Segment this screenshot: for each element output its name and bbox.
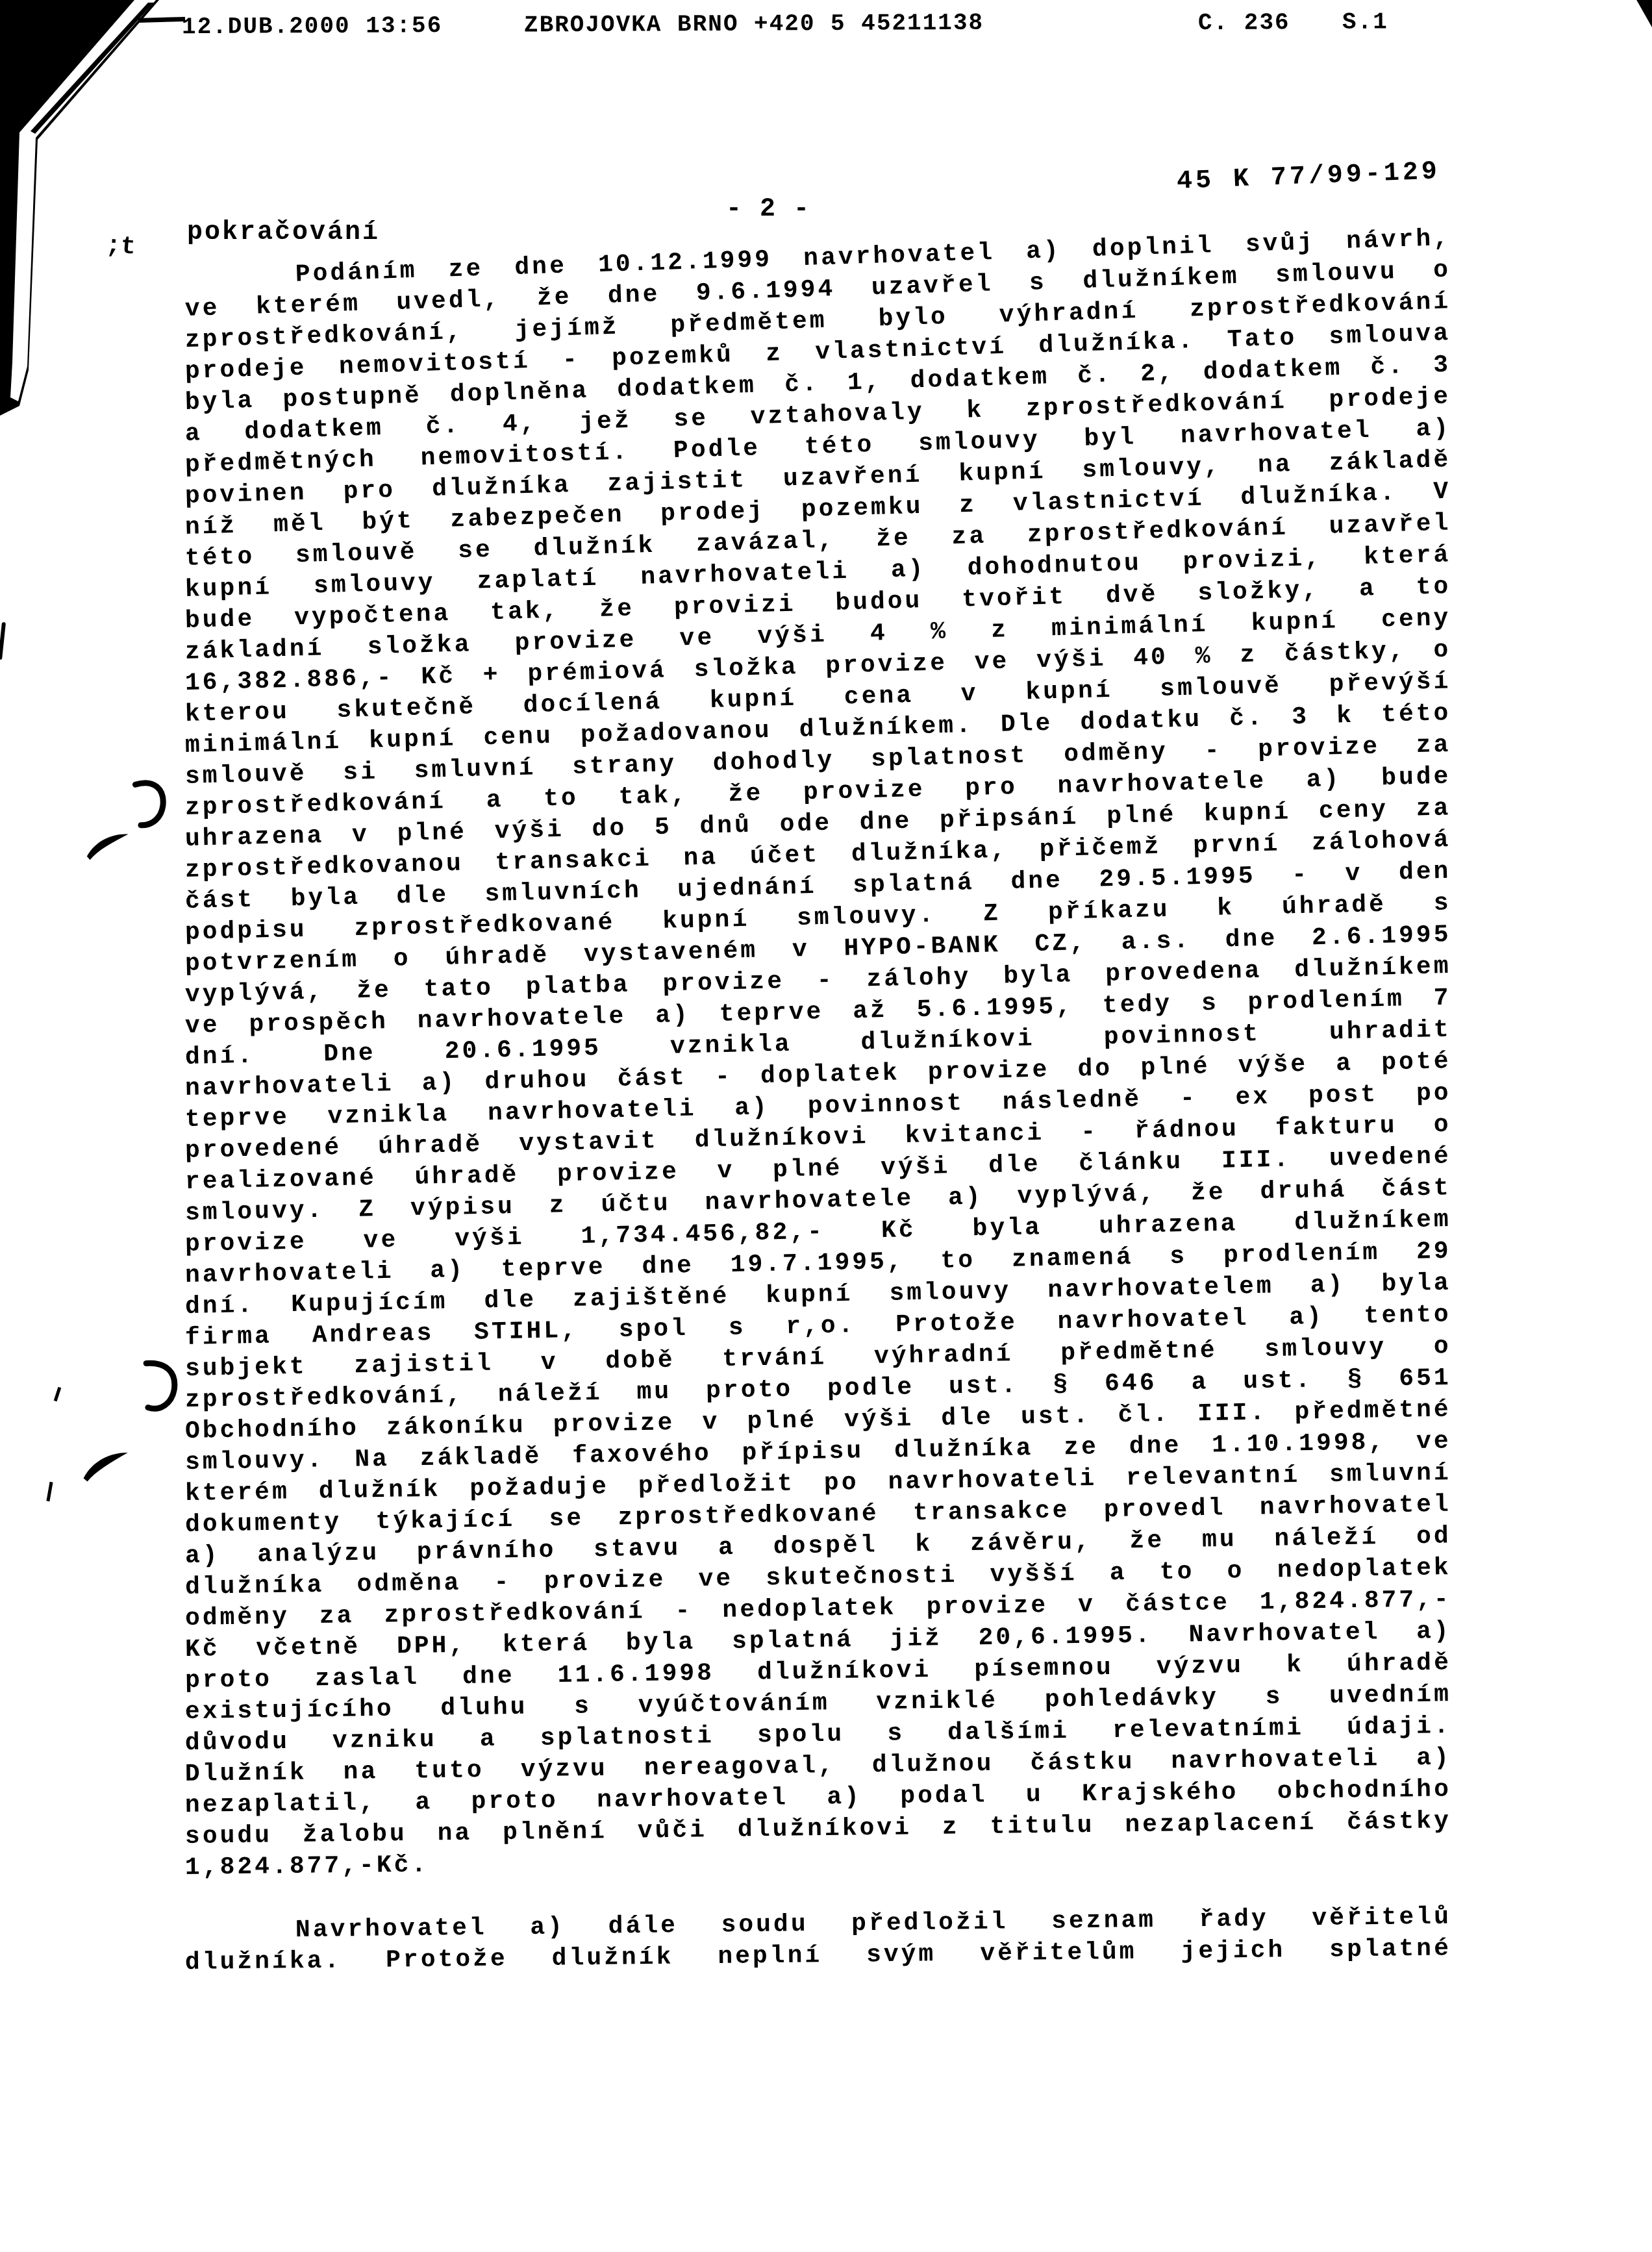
paragraph: Navrhovatel a) dále soudu předložil sezn… bbox=[185, 1916, 1451, 1979]
fax-counter: C. 236 bbox=[1198, 9, 1290, 36]
paragraph: Podáním ze dne 10.12.1999 navrhovatel a)… bbox=[185, 263, 1451, 1884]
handwritten-swoosh-icon bbox=[78, 1446, 134, 1486]
scan-artifact-corner-fold bbox=[0, 0, 169, 429]
scanned-fax-page: 12.DUB.2000 13:56 ZBROJOVKA BRNO +420 5 … bbox=[0, 0, 1652, 2252]
scan-artifact-page-edge-highlight bbox=[0, 0, 169, 429]
handwritten-paren-mark-icon bbox=[129, 776, 173, 836]
stray-print-mark: ;t bbox=[105, 231, 136, 261]
fax-page-indicator: S.1 bbox=[1342, 8, 1388, 35]
scan-artifact-edge-sliver bbox=[46, 1482, 53, 1501]
scan-artifact-page-edge-shadow bbox=[0, 0, 169, 429]
handwritten-paren-mark-icon bbox=[138, 1357, 184, 1421]
scan-artifact-tick bbox=[54, 1387, 62, 1401]
page-number: - 2 - bbox=[726, 195, 810, 224]
document-body: Podáním ze dne 10.12.1999 navrhovatel a)… bbox=[185, 263, 1451, 1979]
handwritten-swoosh-icon bbox=[82, 828, 134, 865]
case-number: 45 K 77/99-129 bbox=[1176, 157, 1440, 197]
continuation-label: pokračování bbox=[187, 218, 380, 247]
scan-artifact-edge-sliver bbox=[0, 622, 6, 660]
fax-datetime: 12.DUB.2000 13:56 bbox=[182, 12, 442, 40]
fax-station-id: ZBROJOVKA BRNO +420 5 45211138 bbox=[524, 10, 984, 39]
fax-transmission-header: 12.DUB.2000 13:56 ZBROJOVKA BRNO +420 5 … bbox=[0, 0, 1652, 56]
